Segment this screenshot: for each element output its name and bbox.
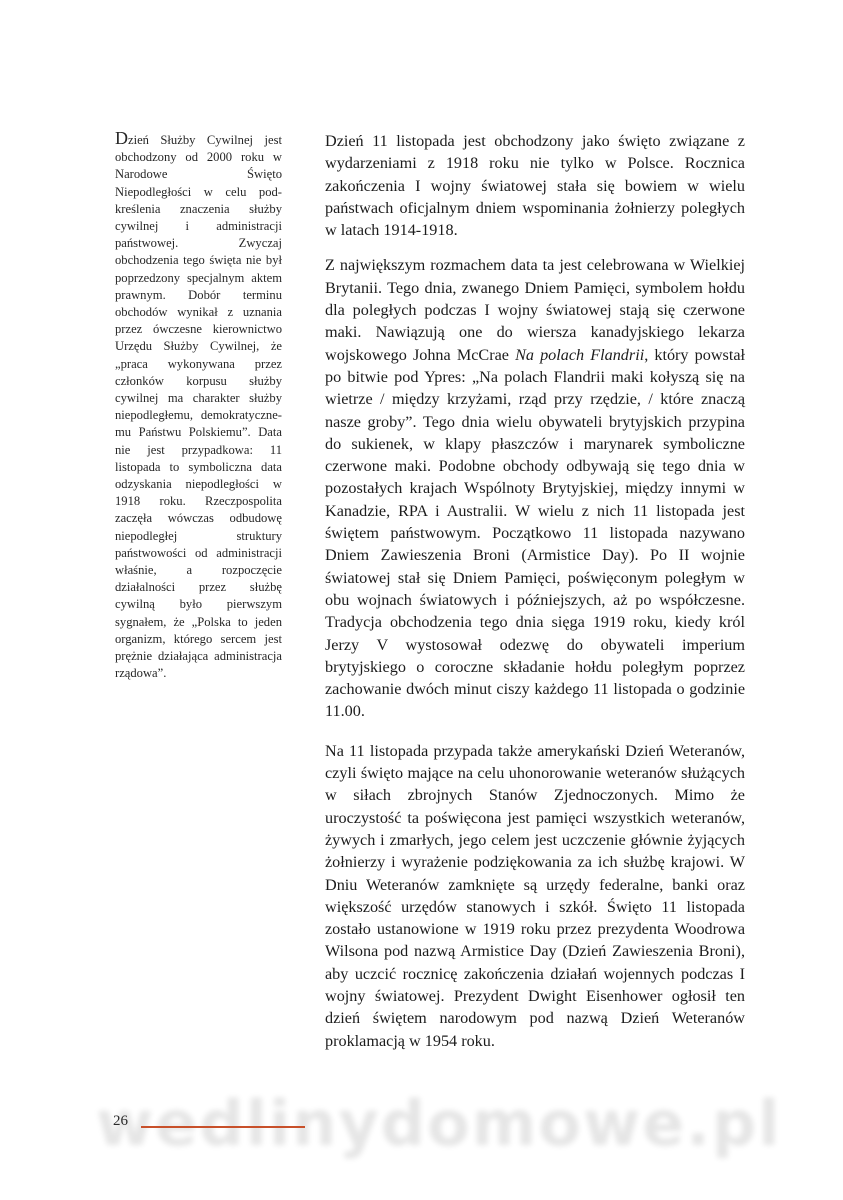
- page-number: 26: [113, 1113, 128, 1130]
- paragraph-2-text-b: , który powstał po bitwie pod Ypres: „Na…: [325, 346, 745, 721]
- main-column: Dzień 11 listopada jest obchodzony jako …: [325, 130, 745, 1064]
- paragraph-1: Dzień 11 listopada jest obchodzony jako …: [325, 130, 745, 241]
- footer-rule: [141, 1126, 305, 1128]
- poem-title: Na polach Flandrii: [515, 346, 644, 364]
- sidebar-text: zień Służby Cywilnej jest obchodzony od …: [115, 133, 282, 680]
- document-page: Dzień Służby Cywilnej jest obchodzony od…: [0, 0, 843, 1200]
- sidebar-note: Dzień Służby Cywilnej jest obchodzony od…: [115, 131, 282, 683]
- sidebar-paragraph: Dzień Służby Cywilnej jest obchodzony od…: [115, 131, 282, 683]
- paragraph-2: Z największym rozmachem data ta jest cel…: [325, 254, 745, 722]
- paragraph-3: Na 11 listopada przypada także amerykańs…: [325, 740, 745, 1052]
- drop-cap: D: [115, 128, 128, 148]
- watermark: wedlinydomowe.pl: [96, 1085, 756, 1158]
